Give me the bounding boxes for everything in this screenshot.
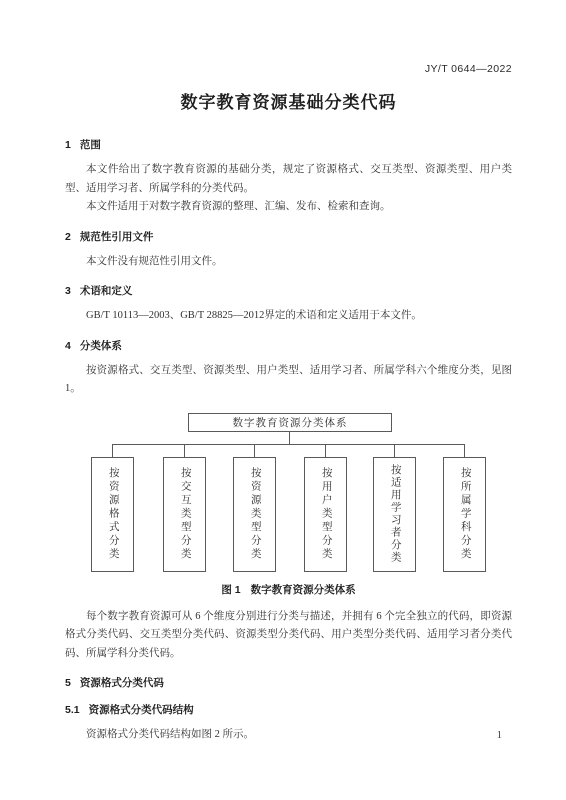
section-5-1-number: 5.1 [65, 704, 80, 716]
standard-code: JY/T 0644—2022 [65, 0, 512, 75]
branch-node-label: 按资源类型分类 [249, 467, 260, 562]
diagram-root-node: 数字教育资源分类体系 [188, 413, 392, 432]
branch-node-label: 按所属学科分类 [459, 467, 470, 562]
branch-connector [254, 444, 255, 457]
figure-1-classification-diagram: 数字教育资源分类体系 按资源格式分类 按交互类型分类 按资源类型分类 按用户类型… [65, 406, 512, 602]
after-figure-paragraph: 每个数字教育资源可从 6 个维度分别进行分类与描述，并拥有 6 个完全独立的代码… [65, 608, 512, 664]
branch-node-box: 按用户类型分类 [304, 457, 347, 572]
branch-connector [394, 444, 395, 457]
section-3-heading: 3术语和定义 [65, 284, 512, 298]
branch-connector [184, 444, 185, 457]
section-1-number: 1 [65, 139, 71, 151]
branch-node-label: 按资源格式分类 [107, 467, 118, 562]
diagram-branch-resource-type: 按资源类型分类 [233, 444, 276, 572]
figure-1-caption-text: 数字教育资源分类体系 [251, 584, 356, 596]
section-5-number: 5 [65, 677, 71, 689]
figure-1-caption-label: 图 1 [221, 584, 240, 596]
section-1-title: 范围 [80, 139, 101, 151]
section-2-number: 2 [65, 231, 71, 243]
diagram-branch-subject: 按所属学科分类 [443, 444, 486, 572]
document-page: JY/T 0644—2022 数字教育资源基础分类代码 1范围 本文件给出了数字… [0, 0, 566, 800]
branch-node-label: 按交互类型分类 [179, 467, 190, 562]
diagram-branch-interaction-type: 按交互类型分类 [163, 444, 206, 572]
branch-node-box: 按资源类型分类 [233, 457, 276, 572]
branch-node-box: 按交互类型分类 [163, 457, 206, 572]
section-3-paragraph-1: GB/T 10113—2003、GB/T 28825—2012界定的术语和定义适… [65, 307, 512, 326]
section-5-1-title: 资源格式分类代码结构 [89, 704, 194, 716]
branch-node-box: 按适用学习者分类 [373, 457, 416, 572]
branch-connector [112, 444, 113, 457]
diagram-root-connector [289, 432, 290, 444]
figure-1-caption: 图 1数字教育资源分类体系 [65, 582, 512, 597]
section-1-heading: 1范围 [65, 138, 512, 152]
branch-node-label: 按用户类型分类 [320, 467, 331, 562]
branch-node-label: 按适用学习者分类 [389, 464, 400, 564]
diagram-branch-target-learner: 按适用学习者分类 [373, 444, 416, 572]
section-5-1-heading: 5.1资源格式分类代码结构 [65, 703, 512, 717]
diagram-branch-user-type: 按用户类型分类 [304, 444, 347, 572]
branch-connector [325, 444, 326, 457]
section-4-title: 分类体系 [80, 340, 122, 352]
section-3-title: 术语和定义 [80, 285, 133, 297]
section-5-title: 资源格式分类代码 [80, 677, 164, 689]
section-4-paragraph-1: 按资源格式、交互类型、资源类型、用户类型、适用学习者、所属学科六个维度分类，见图… [65, 362, 512, 399]
section-2-title: 规范性引用文件 [80, 231, 154, 243]
section-5-heading: 5资源格式分类代码 [65, 676, 512, 690]
section-4-number: 4 [65, 340, 71, 352]
section-5-1-paragraph-1: 资源格式分类代码结构如图 2 所示。 [65, 726, 512, 745]
section-2-heading: 2规范性引用文件 [65, 230, 512, 244]
section-3-number: 3 [65, 285, 71, 297]
section-4-heading: 4分类体系 [65, 339, 512, 353]
section-1-paragraph-2: 本文件适用于对数字教育资源的整理、汇编、发布、检索和查询。 [65, 198, 512, 217]
page-content: JY/T 0644—2022 数字教育资源基础分类代码 1范围 本文件给出了数字… [65, 0, 512, 745]
document-title: 数字教育资源基础分类代码 [65, 88, 512, 113]
branch-node-box: 按所属学科分类 [443, 457, 486, 572]
section-2-paragraph-1: 本文件没有规范性引用文件。 [65, 253, 512, 272]
diagram-branch-resource-format: 按资源格式分类 [91, 444, 134, 572]
branch-connector [464, 444, 465, 457]
section-1-paragraph-1: 本文件给出了数字教育资源的基础分类，规定了资源格式、交互类型、资源类型、用户类型… [65, 161, 512, 198]
page-number: 1 [497, 730, 502, 741]
branch-node-box: 按资源格式分类 [91, 457, 134, 572]
